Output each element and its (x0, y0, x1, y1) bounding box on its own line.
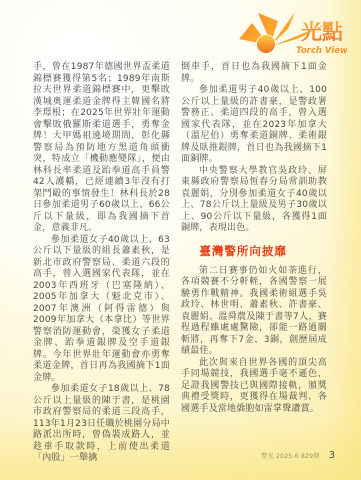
issue-info: 警光 2025.6 829期 (261, 451, 319, 460)
paragraph: 中央警察大學教官吳政玲、屏東縣政府警察局恆春分局常訓助教袁麗娟，分別參加柔道女子… (181, 166, 327, 235)
paragraph: 此次與來自世界各國的頂尖高手同場競技，我國選手毫不遜色，足證我國警技已與國際接軌… (181, 358, 327, 416)
paragraph-continuation: 手，曾在1987年德國世界盃柔道錦標賽獲得第5名；1989年南斯拉夫世界柔道錦標… (33, 62, 170, 235)
page-number: 3 (329, 450, 335, 461)
article-right-column: 倒車手，首日也為我國摘下1面金牌。 參加柔道男子40歲以上、100公斤以上量級的… (181, 62, 327, 415)
paragraph-continuation: 倒車手，首日也為我國摘下1面金牌。 (181, 62, 327, 85)
paragraph: 參加柔道女子40歲以上、63公斤以下量級的組長蕭素秋，是新北市政府警察局、柔道六… (33, 235, 170, 385)
magazine-page: 光點 Torch View 手，曾在1987年德國世界盃柔道錦標賽獲得第5名；1… (0, 0, 361, 480)
paragraph: 第二日賽事仍如火如荼進行，各項競賽不分軒輊，各國警察一展驍勇作戰精神。我國柔術組… (181, 266, 327, 358)
page-footer: 警光 2025.6 829期 3 (261, 450, 335, 461)
logo-title: 光點 (301, 20, 343, 44)
torch-view-logo: 光點 Torch View (239, 12, 347, 58)
sunburst-icon: 光點 Torch View (239, 12, 347, 58)
paragraph: 參加柔道女子18歲以上、78公斤以上量級的陳于書，是桃園市政府警察局的柔道三段高… (33, 384, 170, 465)
article-left-column: 手，曾在1987年德國世界盃柔道錦標賽獲得第5名；1989年南斯拉夫世界柔道錦標… (33, 62, 170, 465)
logo-subtitle: Torch View (296, 46, 347, 56)
paragraph: 參加柔道男子40歲以上、100公斤以上量級的許書豪，是警政署警務正、柔道四段的高… (181, 85, 327, 166)
section-heading: 臺灣警所向披靡 (181, 245, 327, 257)
